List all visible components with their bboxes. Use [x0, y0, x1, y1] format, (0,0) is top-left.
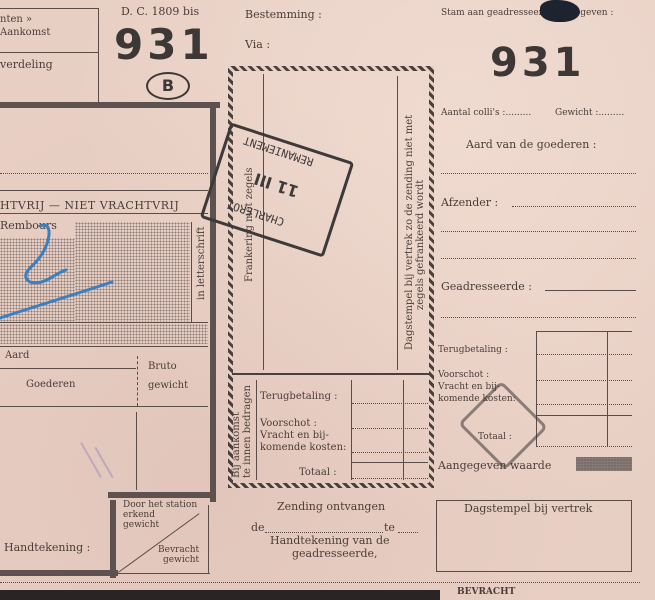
frame-top [0, 102, 220, 108]
station-weight-label: Door het station erkend gewicht [123, 500, 197, 530]
declared-value-label: Aangegeven waarde [438, 459, 551, 472]
field-line [536, 354, 632, 355]
date-stamp-note-line-2: zegels gefrankeerd wordt [415, 115, 426, 350]
date-stamp-note-line-1: Dagstempel bij vertrek zo de zending nie… [404, 115, 415, 350]
divider [607, 331, 608, 447]
signature-line-2: geadresseerde, [292, 547, 378, 560]
goods-field[interactable] [441, 173, 636, 174]
frame-inner-left [110, 500, 116, 578]
received-label: Zending ontvangen [277, 500, 385, 513]
sender-label: Afzender : [441, 196, 498, 209]
departure-stamp-label: Dagstempel bij vertrek [464, 502, 592, 515]
goods-label: Aard van de goederen : [466, 138, 596, 151]
stub-number: 931 [490, 40, 586, 86]
frame-right [210, 102, 216, 502]
divider [137, 356, 138, 406]
divider [0, 190, 208, 191]
field-line [352, 403, 428, 404]
divider [232, 373, 430, 375]
stub-header: Stam aan geadresseerde af te geven : [441, 8, 613, 18]
header-line-1: nten » [0, 14, 32, 25]
field-line [536, 380, 632, 381]
divider [351, 380, 352, 480]
via-label: Via : [245, 38, 270, 51]
arrival-label-line-1: Bij aankomst [231, 385, 242, 478]
signature-line-1: Handtekening van de [270, 534, 390, 547]
field-line [536, 415, 632, 416]
aard-label: Aard [5, 350, 29, 361]
place-field[interactable] [398, 532, 418, 533]
station-weight-line-2: erkend [123, 510, 197, 520]
divider [256, 380, 257, 480]
sncb-logo: B [146, 72, 190, 100]
divider [0, 368, 136, 369]
freight-label-2: komende kosten: [260, 442, 346, 453]
divider [0, 52, 98, 53]
divider [0, 582, 640, 583]
date-field[interactable] [265, 532, 383, 533]
addressee-field[interactable] [545, 290, 636, 291]
goederen-label: Goederen [26, 379, 75, 390]
de-label: de [251, 521, 265, 534]
form-code: D. C. 1809 bis [121, 5, 199, 18]
divider [0, 406, 208, 407]
sender-field-2[interactable] [441, 231, 636, 232]
weight-label: Gewicht :......... [555, 108, 624, 118]
field-line [352, 428, 428, 429]
pencil-mark [80, 442, 102, 478]
logo-letter: B [162, 76, 174, 95]
torn-edge [0, 590, 440, 600]
date-stamp-note: Dagstempel bij vertrek zo de zending nie… [404, 115, 426, 350]
declared-value-field [576, 457, 632, 471]
freight-label-1: Vracht en bij- [260, 430, 329, 441]
letterschrift-label: in letterschrift [196, 226, 207, 300]
divider [397, 76, 398, 370]
refund-label: Terugbetaling : [260, 391, 338, 402]
divider [0, 213, 208, 214]
bruto-label: Bruto [148, 361, 177, 372]
te-label: te [384, 521, 395, 534]
gewicht-label: gewicht [148, 380, 188, 391]
divider [0, 8, 98, 9]
freight-status: HTVRIJ — NIET VRACHTVRIJ [0, 199, 179, 212]
stub-advance-label: Voorschot : [438, 370, 489, 380]
divider [98, 8, 99, 103]
header-line-3: verdeling [0, 58, 53, 71]
divider [208, 505, 209, 573]
field-line [536, 404, 632, 405]
field-line [352, 452, 428, 453]
bevracht-label: BEVRACHT [457, 587, 515, 597]
destination-label: Bestemming : [245, 8, 322, 21]
divider [136, 412, 137, 490]
station-weight-line-1: Door het station [123, 500, 197, 510]
handwritten-mark [0, 218, 120, 328]
divider [118, 573, 210, 574]
ink-blot [540, 0, 580, 22]
waybill-document: nten » Aankomst verdeling D. C. 1809 bis… [0, 0, 655, 600]
frame-bottom [0, 570, 118, 576]
field-line [536, 446, 632, 447]
divider [191, 222, 192, 322]
frame-inner-top [108, 492, 216, 498]
field-line [352, 462, 428, 463]
divider [536, 331, 632, 332]
advance-label: Voorschot : [260, 418, 317, 429]
charged-weight-line-2: gewicht [158, 555, 199, 565]
form-number: 931 [114, 20, 214, 69]
charged-weight-line-1: Bevracht [158, 545, 199, 555]
charged-weight-label: Bevracht gewicht [158, 545, 199, 565]
header-line-2: Aankomst [0, 27, 50, 38]
divider [0, 346, 208, 347]
field-line [352, 478, 428, 479]
divider [0, 173, 208, 174]
sender-field-3[interactable] [441, 258, 636, 259]
total-label: Totaal : [299, 467, 337, 478]
addressee-field-2[interactable] [441, 317, 636, 318]
arrival-label: Bij aankomst te innen bedragen [231, 385, 253, 478]
colli-label: Aantal colli's :......... [441, 108, 531, 118]
signature-label: Handtekening : [4, 541, 90, 554]
addressee-label: Geadresseerde : [441, 280, 532, 293]
stub-refund-label: Terugbetaling : [438, 345, 508, 355]
sender-field[interactable] [512, 206, 636, 207]
arrival-label-line-2: te innen bedragen [242, 385, 253, 478]
divider [403, 380, 404, 480]
